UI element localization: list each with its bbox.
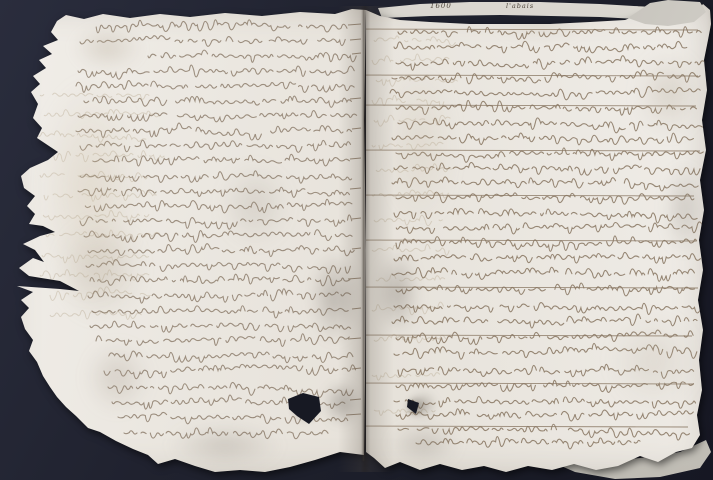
line-filler-rule — [361, 150, 700, 151]
center-fold-crease — [363, 9, 364, 461]
bleedthrough-line — [376, 274, 445, 281]
handwriting-line — [394, 396, 696, 408]
handwriting-line — [396, 380, 694, 392]
handwriting-layer — [0, 0, 713, 480]
manuscript-scan-viewport: 1600 l'abais — — [0, 0, 713, 480]
bleedthrough-line — [372, 302, 444, 315]
bleedthrough-line — [372, 244, 449, 255]
handwriting-line — [392, 177, 698, 191]
bleedthrough-line — [372, 373, 440, 381]
bleedthrough-line — [374, 215, 443, 225]
handwriting-line — [396, 409, 693, 421]
bleedthrough-line — [374, 36, 455, 46]
line-filler-rule — [361, 287, 698, 288]
line-filler-rule — [361, 29, 698, 30]
handwriting-line — [392, 267, 694, 281]
handwriting-line — [396, 100, 696, 115]
bleedthrough-line — [372, 142, 443, 150]
handwriting-line — [394, 343, 697, 359]
bleedthrough-line — [376, 75, 458, 86]
line-filler-rule — [361, 426, 688, 427]
handwriting-line — [394, 41, 687, 53]
handwriting-line — [394, 303, 701, 315]
handwriting-line — [398, 27, 701, 40]
handwriting-line — [396, 283, 698, 296]
handwriting-line — [396, 56, 705, 71]
handwriting-line — [398, 364, 698, 378]
handwriting-line — [416, 437, 640, 449]
right-page-wrap — [0, 0, 713, 480]
handwriting-line — [392, 314, 697, 328]
bleedthrough-line — [372, 95, 447, 107]
handwriting-line — [394, 252, 700, 263]
bleedthrough-line — [372, 54, 449, 65]
handwriting-line — [398, 118, 703, 133]
line-filler-rule — [361, 105, 696, 106]
manuscript-right-page — [0, 0, 713, 480]
handwriting-line — [396, 222, 703, 234]
handwriting-line — [392, 70, 700, 84]
line-filler-rule — [361, 335, 692, 336]
handwriting-line — [390, 87, 700, 100]
